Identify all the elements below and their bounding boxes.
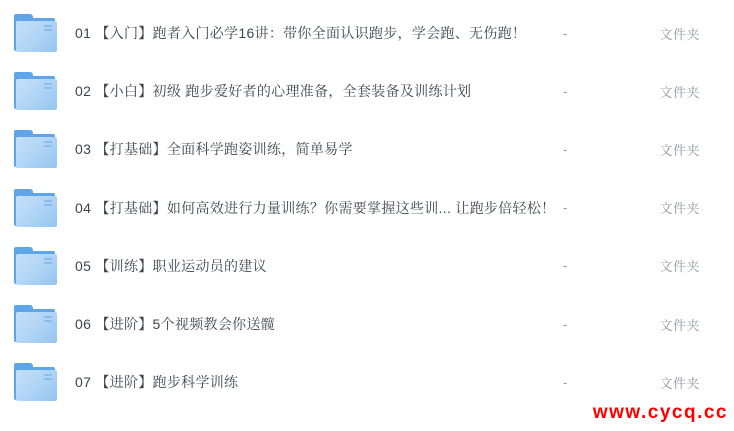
file-size: - <box>560 375 620 390</box>
file-size: - <box>560 258 620 273</box>
folder-icon <box>14 14 58 52</box>
folder-name-link[interactable]: 02 【小白】初级 跑步爱好者的心理准备，全套装备及训练计划 <box>58 81 560 101</box>
folder-row[interactable]: 03 【打基础】全面科学跑姿训练，简单易学 - 文件夹 <box>0 120 734 178</box>
folder-name-link[interactable]: 01 【入门】跑者入门必学16讲：带你全面认识跑步，学会跑、无伤跑！ <box>58 23 560 43</box>
folder-row[interactable]: 02 【小白】初级 跑步爱好者的心理准备，全套装备及训练计划 - 文件夹 <box>0 62 734 120</box>
folder-name-link[interactable]: 07 【进阶】跑步科学训练 <box>58 372 560 392</box>
file-type-label: 文件夹 <box>620 140 700 159</box>
file-type-label: 文件夹 <box>620 24 700 43</box>
file-size: - <box>560 26 620 41</box>
file-size: - <box>560 142 620 157</box>
folder-icon <box>14 130 58 168</box>
file-type-label: 文件夹 <box>620 198 700 217</box>
file-size: - <box>560 84 620 99</box>
folder-row[interactable]: 05 【训练】职业运动员的建议 - 文件夹 <box>0 237 734 295</box>
file-type-label: 文件夹 <box>620 82 700 101</box>
site-watermark: www.cycq.cc <box>593 402 728 424</box>
folder-name-link[interactable]: 06 【进阶】5个视频教会你送髋 <box>58 314 560 334</box>
folder-name-link[interactable]: 05 【训练】职业运动员的建议 <box>58 256 560 276</box>
file-type-label: 文件夹 <box>620 256 700 275</box>
folder-name-link[interactable]: 03 【打基础】全面科学跑姿训练，简单易学 <box>58 139 560 159</box>
folder-icon <box>14 305 58 343</box>
file-type-label: 文件夹 <box>620 373 700 392</box>
folder-row[interactable]: 01 【入门】跑者入门必学16讲：带你全面认识跑步，学会跑、无伤跑！ - 文件夹 <box>0 4 734 62</box>
folder-icon <box>14 189 58 227</box>
file-size: - <box>560 200 620 215</box>
file-size: - <box>560 317 620 332</box>
file-list: 01 【入门】跑者入门必学16讲：带你全面认识跑步，学会跑、无伤跑！ - 文件夹… <box>0 0 734 411</box>
folder-row[interactable]: 04 【打基础】如何高效进行力量训练？你需要掌握这些训... 让跑步倍轻松！ -… <box>0 179 734 237</box>
folder-name-link[interactable]: 04 【打基础】如何高效进行力量训练？你需要掌握这些训... 让跑步倍轻松！ <box>58 198 560 218</box>
file-type-label: 文件夹 <box>620 315 700 334</box>
folder-icon <box>14 72 58 110</box>
folder-icon <box>14 363 58 401</box>
folder-icon <box>14 247 58 285</box>
folder-row[interactable]: 06 【进阶】5个视频教会你送髋 - 文件夹 <box>0 295 734 353</box>
